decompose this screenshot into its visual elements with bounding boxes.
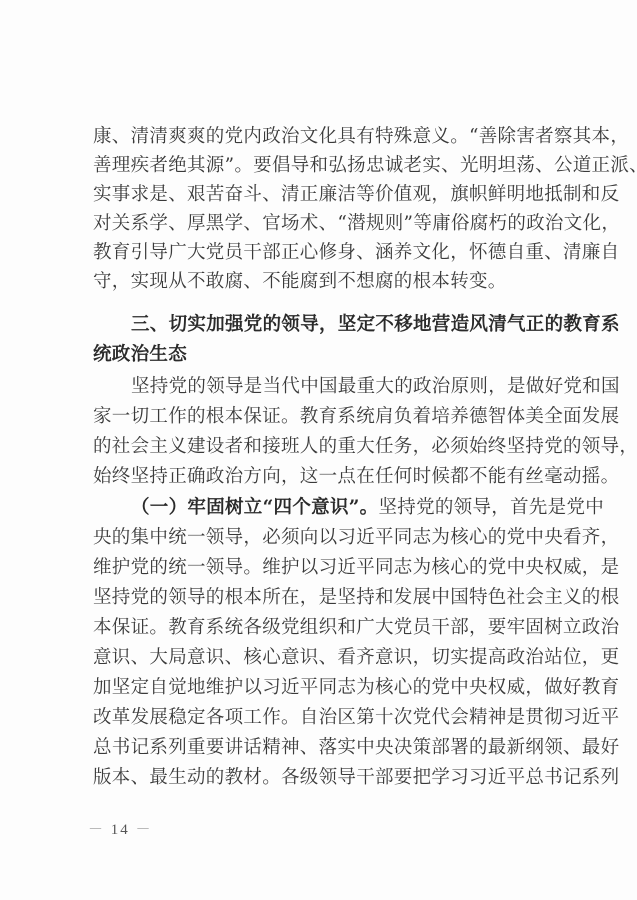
section-heading-cont: 统政治生态 (93, 343, 565, 367)
paragraph-line: 的社会主义建设者和接班人的重大任务，必须始终坚持党的领导， (93, 435, 565, 459)
subsection-line: 维护党的统一领导。维护以习近平同志为核心的党中央权威，是 (93, 556, 565, 580)
subsection-line: 本保证。教育系统各级党组织和广大党员干部，要牢固树立政治 (93, 616, 565, 640)
body-line: 教育引导广大党员干部正心修身、涵养文化，怀德自重、清廉自 (93, 241, 565, 265)
subsection-first-line-text: 坚持党的领导，首先是党中 (378, 497, 604, 518)
page-number: － 14 － (88, 818, 153, 839)
subsection-first-line: （一）牢固树立“四个意识”。坚持党的领导，首先是党中 (131, 496, 565, 520)
body-line: 善理疾者绝其源”。要倡导和弘扬忠诚老实、光明坦荡、公道正派、 (93, 154, 565, 178)
page-number-dash-left: － (88, 822, 105, 838)
page-number-value: 14 (111, 822, 130, 838)
subsection-line: 加坚定自觉地维护以习近平同志为核心的党中央权威，做好教育 (93, 676, 565, 700)
body-line: 康、清清爽爽的党内政治文化具有特殊意义。“善除害者察其本， (93, 125, 565, 149)
subsection-title: （一）牢固树立“四个意识”。 (131, 497, 378, 518)
subsection-line: 央的集中统一领导，必须向以习近平同志为核心的党中央看齐， (93, 526, 565, 550)
paragraph-line: 始终坚持正确政治方向，这一点在任何时候都不能有丝毫动摇。 (93, 465, 565, 489)
paragraph-line: 坚持党的领导是当代中国最重大的政治原则，是做好党和国 (131, 375, 565, 399)
body-line: 守，实现从不敢腐、不能腐到不想腐的根本转变。 (93, 270, 565, 294)
document-page: 康、清清爽爽的党内政治文化具有特殊意义。“善除害者察其本， 善理疾者绝其源”。要… (0, 0, 637, 900)
paragraph-line: 家一切工作的根本保证。教育系统肩负着培养德智体美全面发展 (93, 405, 565, 429)
subsection-line: 总书记系列重要讲话精神、落实中央决策部署的最新纲领、最好 (93, 736, 565, 760)
body-line: 实事求是、艰苦奋斗、清正廉洁等价值观，旗帜鲜明地抵制和反 (93, 183, 565, 207)
subsection-line: 坚持党的领导的根本所在，是坚持和发展中国特色社会主义的根 (93, 586, 565, 610)
body-line: 对关系学、厚黑学、官场术、“潜规则”等庸俗腐朽的政治文化， (93, 212, 565, 236)
page-number-dash-right: － (136, 822, 153, 838)
subsection-line: 版本、最生动的教材。各级领导干部要把学习习近平总书记系列 (93, 766, 565, 790)
subsection-line: 意识、大局意识、核心意识、看齐意识，切实提高政治站位，更 (93, 646, 565, 670)
section-heading: 三、切实加强党的领导，坚定不移地营造风清气正的教育系 (131, 313, 565, 337)
subsection-line: 改革发展稳定各项工作。自治区第十次党代会精神是贯彻习近平 (93, 706, 565, 730)
